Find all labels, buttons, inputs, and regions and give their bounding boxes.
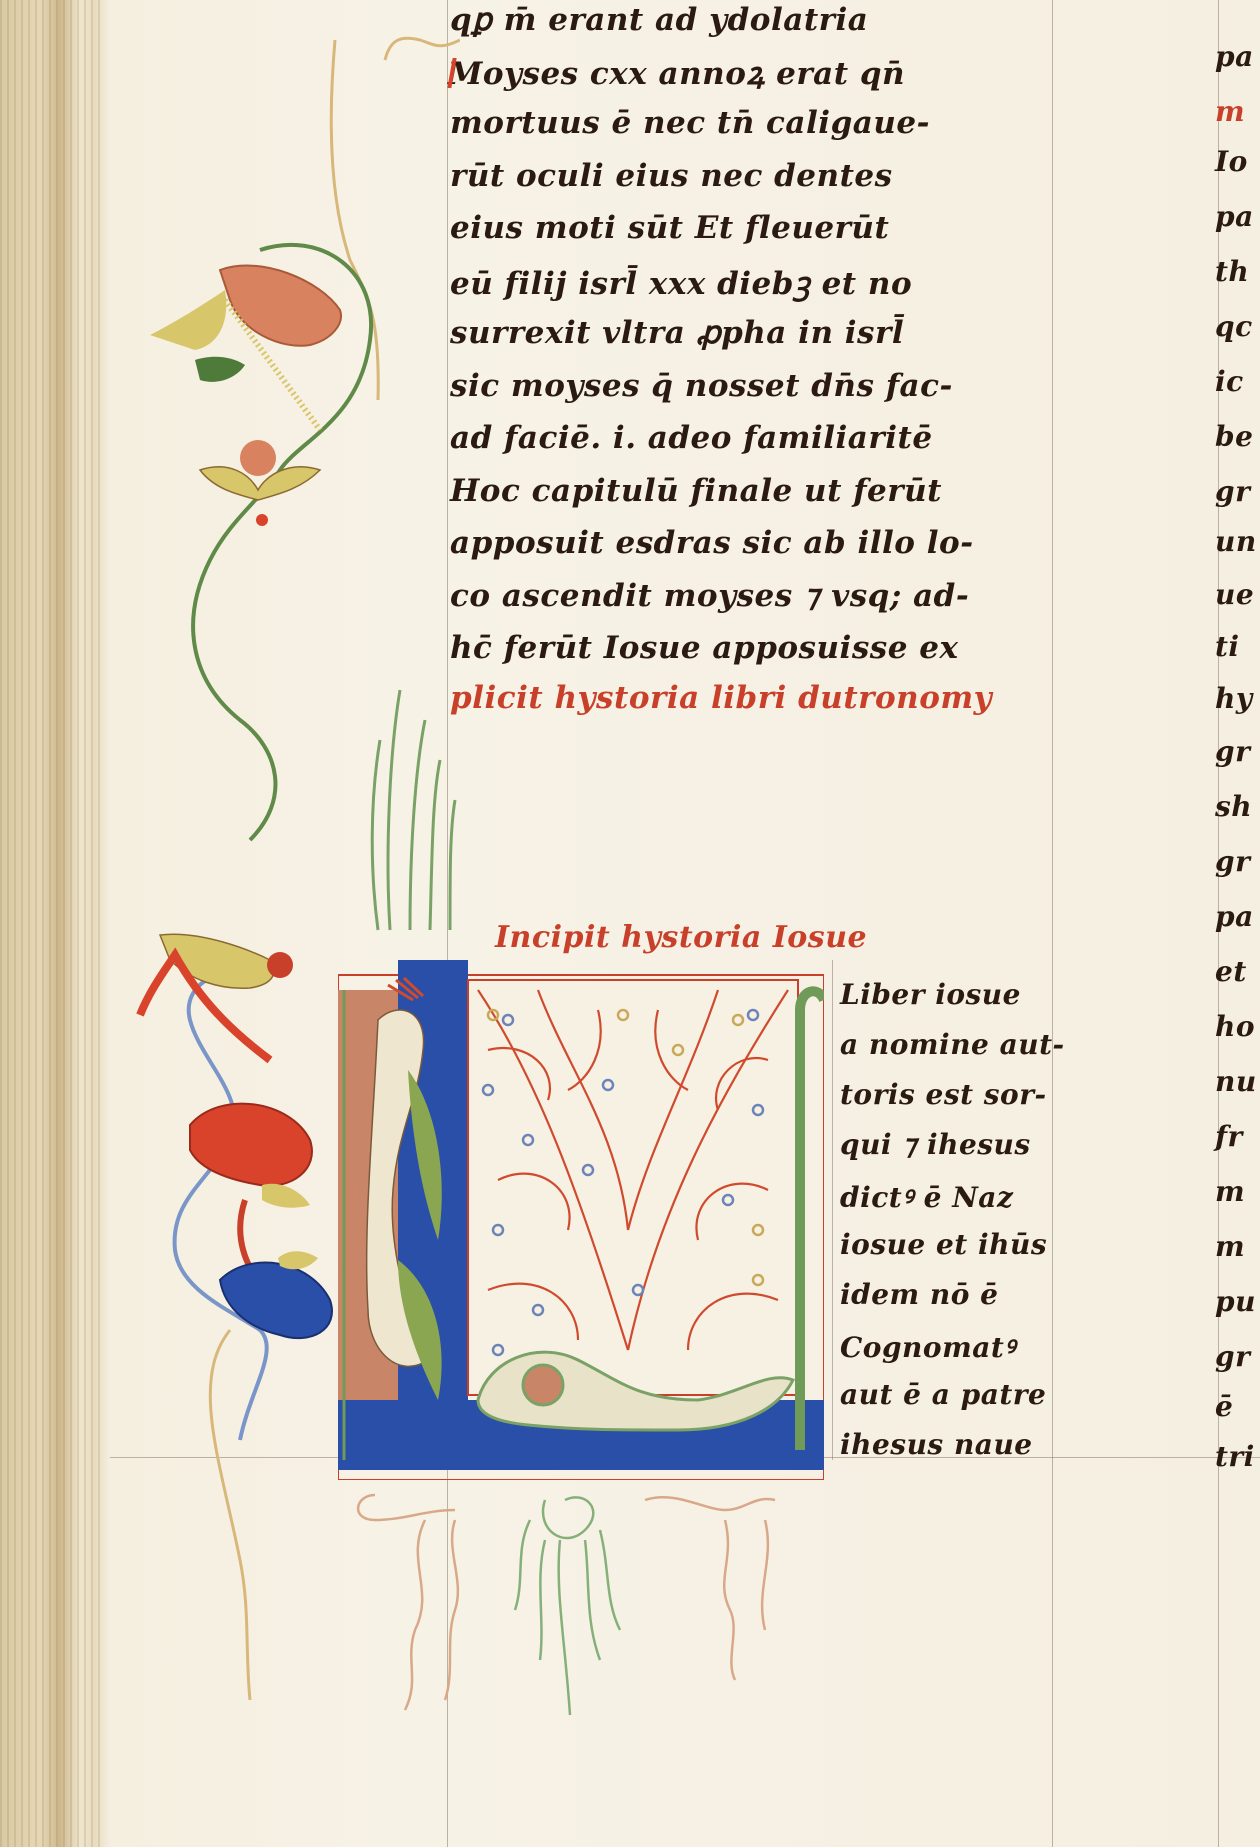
text-fragment: gr xyxy=(1215,1340,1250,1373)
text-fragment: Io xyxy=(1215,145,1248,178)
text-line: dictꝰ ē Naz xyxy=(840,1178,1013,1216)
ruling-inner xyxy=(832,960,833,1460)
text-line: qꝑ m̄ erant ad ydolatria xyxy=(450,2,868,38)
text-line: Hoc capitulū finale ut ferūt xyxy=(450,473,942,509)
text-fragment: pa xyxy=(1215,200,1254,233)
text-fragment: m xyxy=(1215,95,1245,128)
text-line: idem nō ē xyxy=(840,1278,999,1311)
text-line: Moyses cxx annoꝝ erat qn̄ xyxy=(450,52,905,94)
text-line: ihesus naue xyxy=(840,1428,1033,1461)
text-fragment: ho xyxy=(1215,1010,1255,1043)
text-fragment: be xyxy=(1215,420,1253,453)
text-fragment: fr xyxy=(1215,1120,1243,1153)
text-fragment: pa xyxy=(1215,900,1254,933)
text-fragment: pa xyxy=(1215,40,1254,73)
text-line: Cognomatꝰ xyxy=(840,1328,1015,1366)
text-fragment: hy xyxy=(1215,682,1253,715)
text-line: surrexit vltra ꝓpha in isrl̄ xyxy=(450,315,904,351)
text-line: eū filij isrl̄ xxx diebꝫ et no xyxy=(450,262,912,304)
rubric-explicit: plicit hystoria libri dutronomy xyxy=(450,680,992,716)
text-line: toris est sor- xyxy=(840,1078,1047,1111)
text-line: iosue et ihūs xyxy=(840,1228,1047,1261)
text-line: ad faciē. i. adeo familiaritē xyxy=(450,420,933,456)
text-fragment: ē xyxy=(1215,1390,1233,1423)
pen-flourish-spray xyxy=(370,650,470,940)
text-line: aut ē a patre xyxy=(840,1378,1046,1411)
ruling-right-main xyxy=(1052,0,1053,1847)
text-line: mortuus ē nec tn̄ caligaue- xyxy=(450,105,930,141)
text-line: apposuit esdras sic ab illo lo- xyxy=(450,525,974,561)
text-line: a nomine aut- xyxy=(840,1028,1065,1061)
historiated-initial-l xyxy=(338,930,824,1480)
text-fragment: gr xyxy=(1215,735,1250,768)
text-fragment: nu xyxy=(1215,1065,1257,1098)
text-line: eius moti sūt Et fleuerūt xyxy=(450,210,889,246)
text-line: sic moyses q̄ nosset dn̄s fac- xyxy=(450,368,953,404)
text-fragment: m xyxy=(1215,1175,1245,1208)
text-fragment: et xyxy=(1215,955,1247,988)
text-line: co ascendit moyses ⁊ vsq; ad- xyxy=(450,578,969,614)
text-line: qui ⁊ ihesus xyxy=(840,1128,1031,1161)
text-fragment: m xyxy=(1215,1230,1245,1263)
text-line: hc̄ ferūt Iosue apposuisse ex xyxy=(450,630,958,666)
text-line: Liber iosue xyxy=(840,978,1021,1011)
text-fragment: qc xyxy=(1215,310,1253,343)
text-fragment: tri xyxy=(1215,1440,1255,1473)
text-fragment: ue xyxy=(1215,578,1254,611)
text-fragment: sh xyxy=(1215,790,1252,823)
text-fragment: ic xyxy=(1215,365,1244,398)
text-fragment: th xyxy=(1215,255,1249,288)
pen-flourish-pendant xyxy=(345,1480,805,1720)
text-fragment: gr xyxy=(1215,475,1250,508)
text-fragment: ti xyxy=(1215,630,1240,663)
text-line: rūt oculi eius nec dentes xyxy=(450,158,893,194)
text-fragment: pu xyxy=(1215,1285,1256,1318)
text-fragment: gr xyxy=(1215,845,1250,878)
manuscript-page: qꝑ m̄ erant ad ydolatria Moyses cxx anno… xyxy=(0,0,1260,1847)
text-fragment: un xyxy=(1215,525,1257,558)
